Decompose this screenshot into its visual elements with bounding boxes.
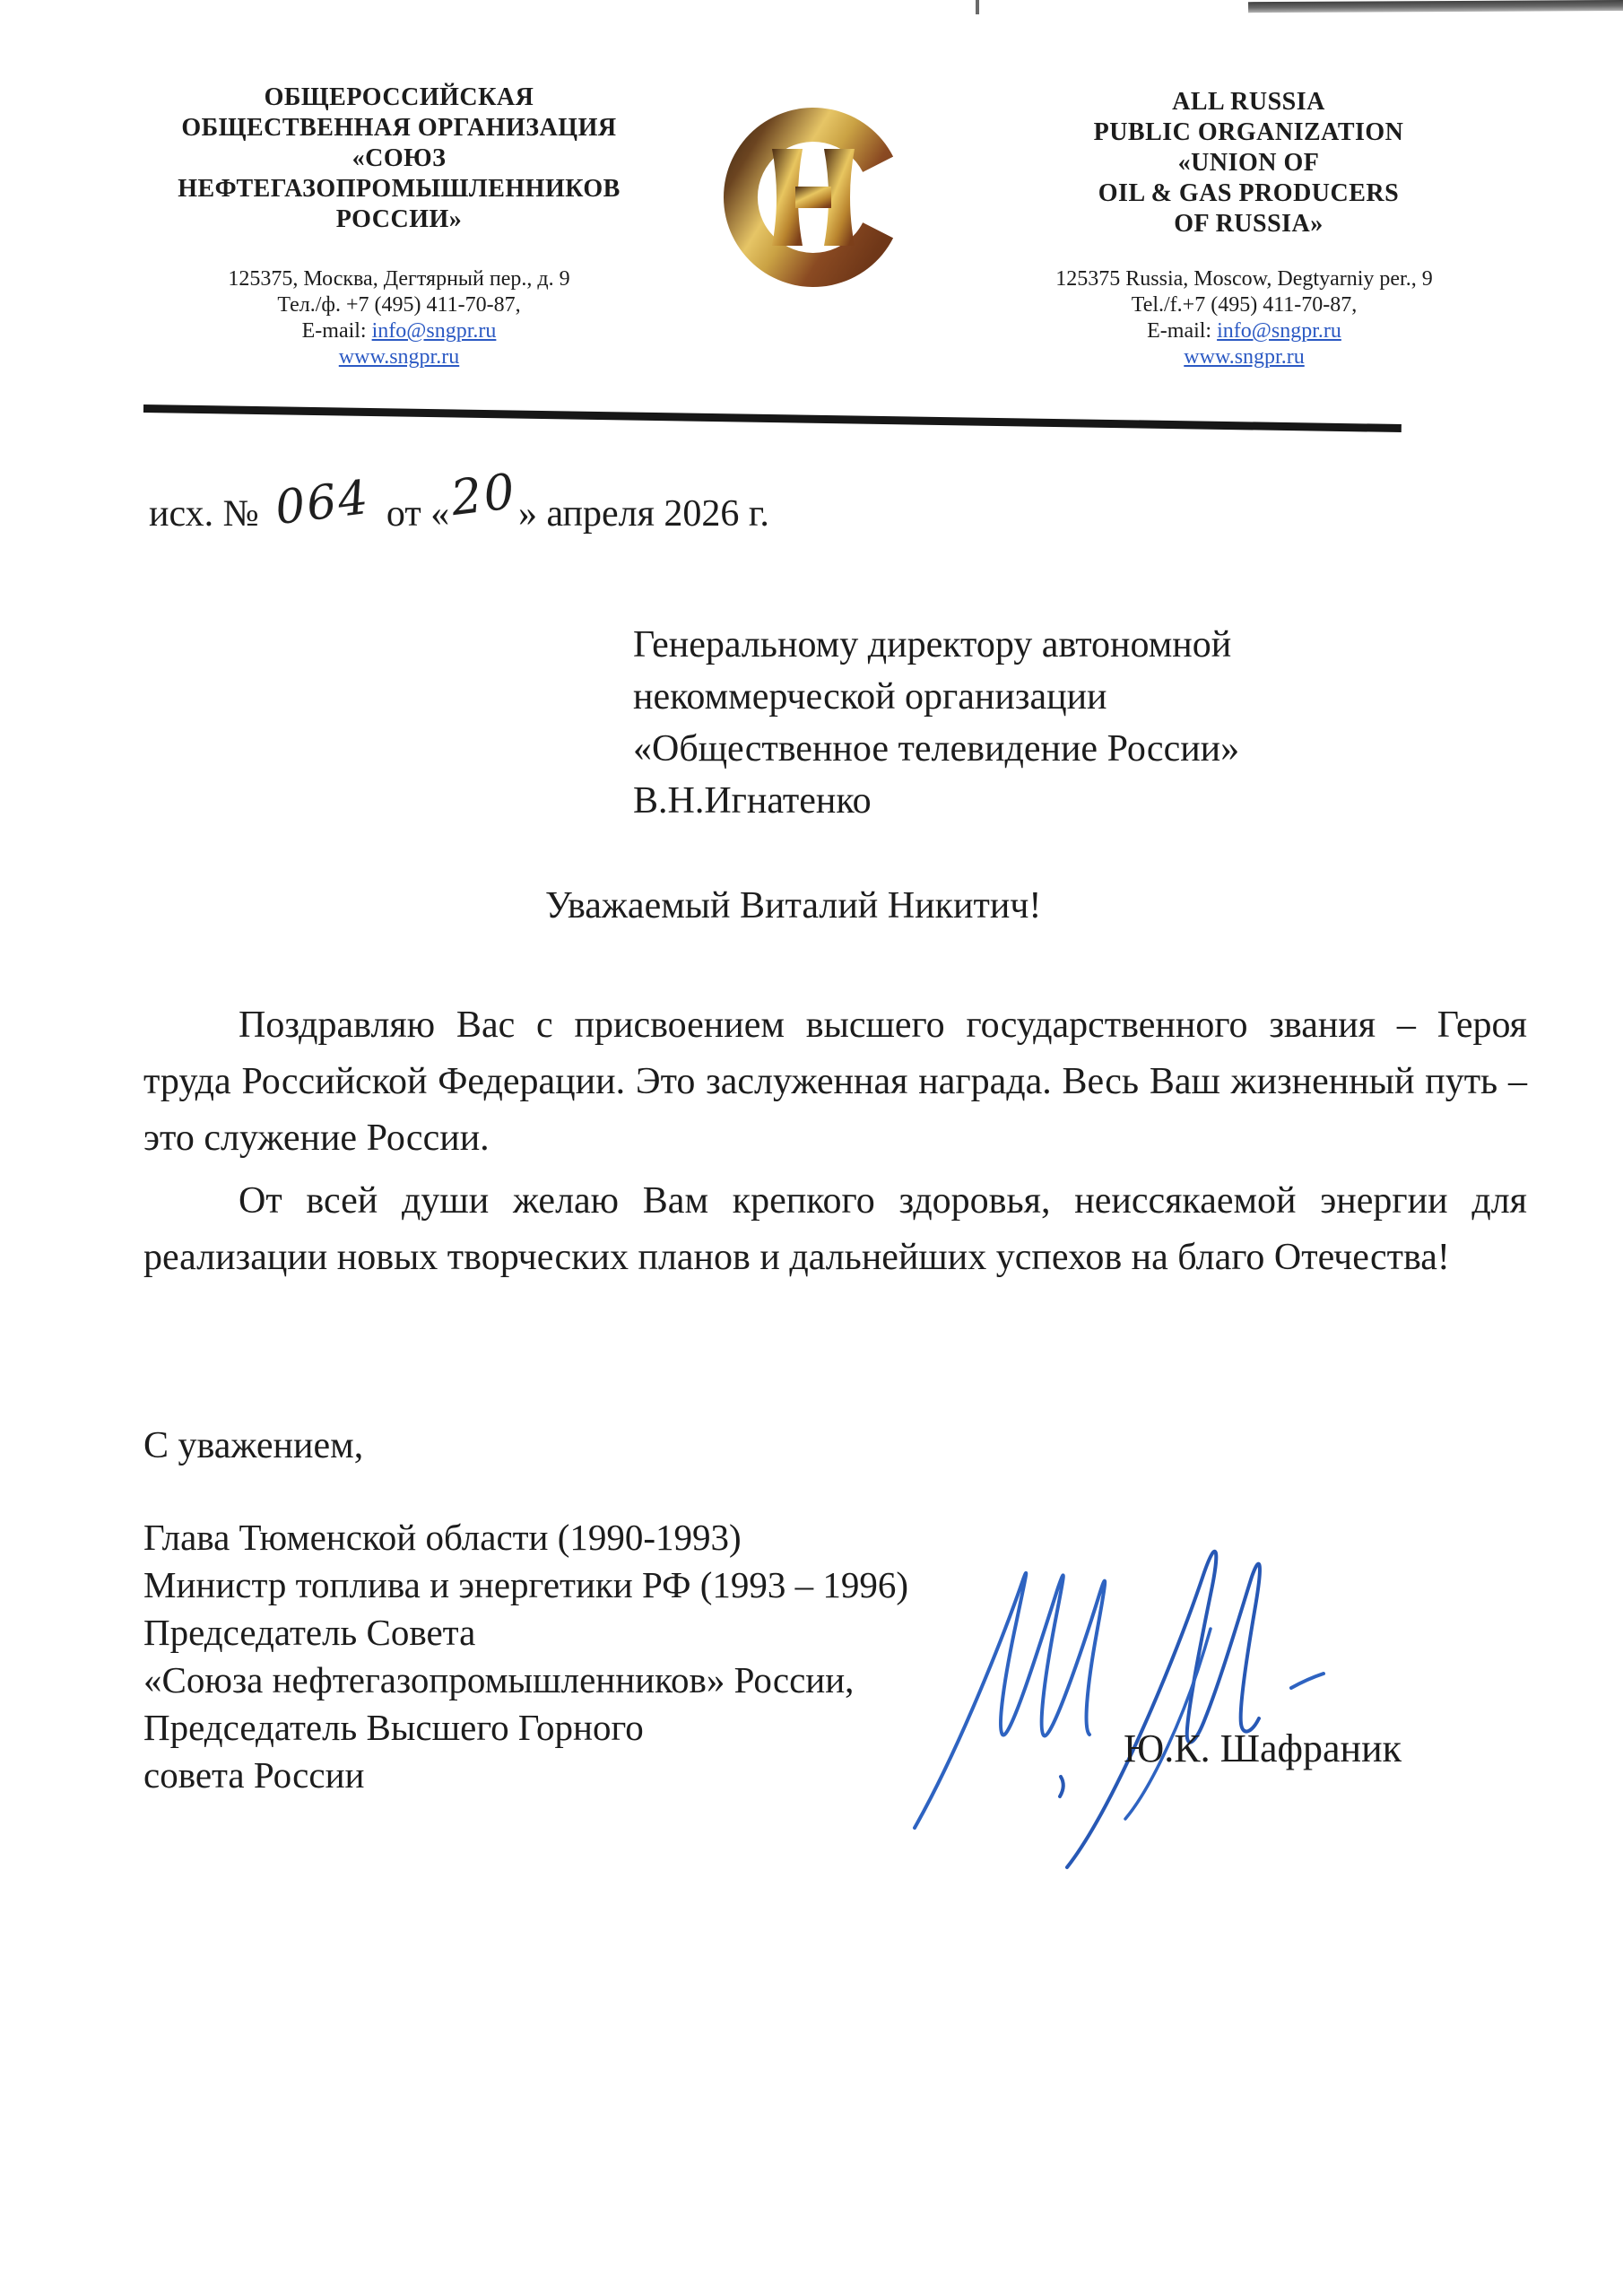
handwritten-outgoing-number: 064 xyxy=(273,471,373,535)
signer-title-1: Глава Тюменской области (1990-1993) xyxy=(143,1514,908,1561)
org-en-line-3: «UNION OF xyxy=(1009,148,1488,178)
org-name-russian: ОБЩЕРОССИЙСКАЯ ОБЩЕСТВЕННАЯ ОРГАНИЗАЦИЯ … xyxy=(103,83,695,235)
recipient-line-4: В.Н.Игнатенко xyxy=(633,775,1239,827)
paragraph-congratulations: Поздравляю Вас с присвоением высшего гос… xyxy=(143,997,1527,1167)
address-en-line-1: 125375 Russia, Moscow, Degtyarniy per., … xyxy=(991,266,1497,292)
signer-name: Ю.К. Шафраник xyxy=(1124,1726,1402,1771)
org-en-line-1: ALL RUSSIA xyxy=(1009,87,1488,117)
recipient-line-2: некоммерческой организации xyxy=(633,671,1239,723)
org-en-line-2: PUBLIC ORGANIZATION xyxy=(1009,117,1488,148)
ref-prefix: исх. № xyxy=(149,493,268,535)
reference-line: исх. № 064 от «20» апреля 2026 г. xyxy=(149,481,769,537)
header-divider-rule xyxy=(143,404,1402,432)
org-ru-line-1: ОБЩЕРОССИЙСКАЯ xyxy=(103,83,695,113)
address-en-line-2: Tel./f.+7 (495) 411-70-87, xyxy=(991,292,1497,318)
ref-suffix: » апреля 2026 г. xyxy=(518,493,769,535)
signer-title-2: Министр топлива и энергетики РФ (1993 – … xyxy=(143,1561,908,1609)
org-address-russian: 125375, Москва, Дегтярный пер., д. 9 Тел… xyxy=(103,266,695,370)
email-label: E-mail: xyxy=(1147,319,1217,343)
handwritten-day: 20 xyxy=(448,463,520,526)
org-en-line-5: OF RUSSIA» xyxy=(1009,209,1488,239)
recipient-line-3: «Общественное телевидение России» xyxy=(633,723,1239,775)
email-link[interactable]: info@sngpr.ru xyxy=(372,319,497,343)
closing-regards: С уважением, xyxy=(143,1424,363,1467)
signer-titles: Глава Тюменской области (1990-1993) Мини… xyxy=(143,1514,908,1799)
address-ru-email-row: E-mail: info@sngpr.ru xyxy=(103,318,695,344)
email-link[interactable]: info@sngpr.ru xyxy=(1217,319,1341,343)
org-name-english: ALL RUSSIA PUBLIC ORGANIZATION «UNION OF… xyxy=(1009,87,1488,239)
address-ru-line-1: 125375, Москва, Дегтярный пер., д. 9 xyxy=(103,266,695,292)
scan-artifact-tick xyxy=(976,0,979,14)
org-ru-line-4: НЕФТЕГАЗОПРОМЫШЛЕННИКОВ xyxy=(103,174,695,204)
salutation: Уважаемый Виталий Никитич! xyxy=(545,884,1041,927)
website-link[interactable]: www.sngpr.ru xyxy=(339,345,459,369)
email-label: E-mail: xyxy=(302,319,372,343)
address-ru-line-2: Тел./ф. +7 (495) 411-70-87, xyxy=(103,292,695,318)
recipient-block: Генеральному директору автономной некомм… xyxy=(633,619,1239,827)
org-ru-line-5: РОССИИ» xyxy=(103,204,695,235)
signer-title-6: совета России xyxy=(143,1752,908,1799)
org-address-english: 125375 Russia, Moscow, Degtyarniy per., … xyxy=(991,266,1497,370)
signer-title-5: Председатель Высшего Горного xyxy=(143,1704,908,1752)
paragraph-wishes: От всей души желаю Вам крепкого здоровья… xyxy=(143,1173,1527,1286)
address-en-email-row: E-mail: info@sngpr.ru xyxy=(991,318,1497,344)
recipient-line-1: Генеральному директору автономной xyxy=(633,619,1239,671)
ref-middle: от « xyxy=(377,493,449,535)
org-en-line-4: OIL & GAS PRODUCERS xyxy=(1009,178,1488,209)
org-ru-line-3: «СОЮЗ xyxy=(103,143,695,174)
signer-title-4: «Союза нефтегазопромышленников» России, xyxy=(143,1657,908,1704)
scan-artifact-top-right xyxy=(1248,0,1623,13)
bronze-ring-monogram-icon xyxy=(715,99,912,296)
signer-title-3: Председатель Совета xyxy=(143,1609,908,1657)
scanned-letter-page: ОБЩЕРОССИЙСКАЯ ОБЩЕСТВЕННАЯ ОРГАНИЗАЦИЯ … xyxy=(0,0,1623,2296)
signature xyxy=(907,1512,1347,1875)
website-link[interactable]: www.sngpr.ru xyxy=(1184,345,1304,369)
org-logo-icon xyxy=(715,99,912,296)
org-ru-line-2: ОБЩЕСТВЕННАЯ ОРГАНИЗАЦИЯ xyxy=(103,113,695,143)
